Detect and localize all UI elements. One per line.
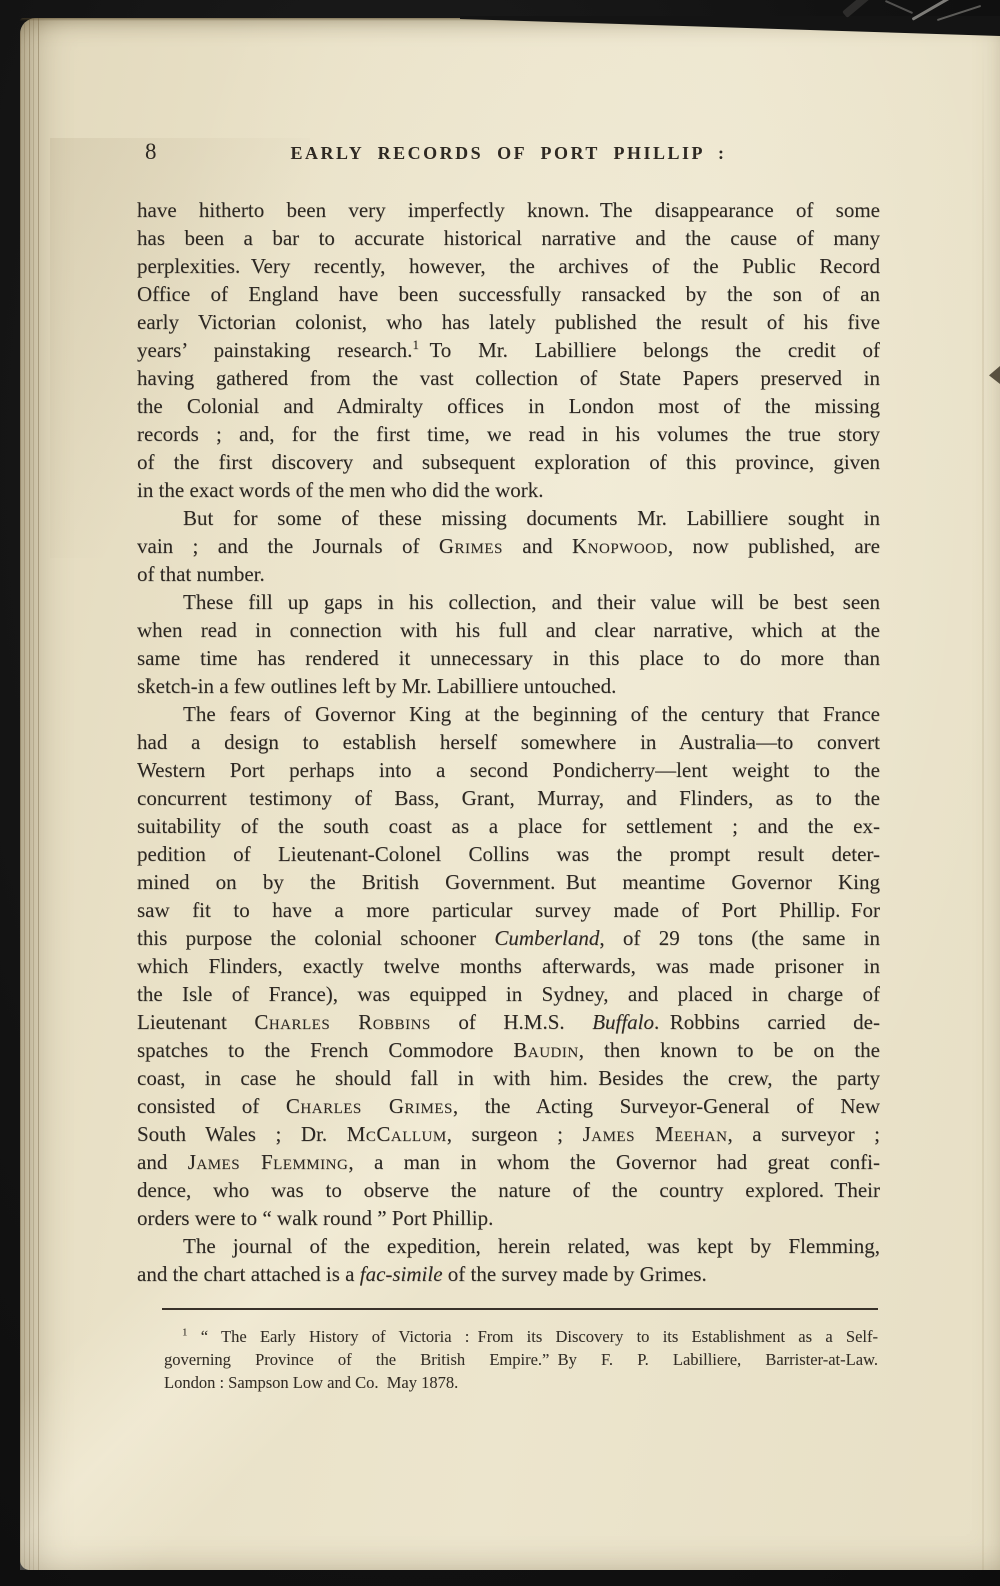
text-line: having gathered from the vast collection… xyxy=(137,364,880,392)
text-line: Western Port perhaps into a second Pondi… xyxy=(137,756,880,784)
text-line: saw fit to have a more particular survey… xyxy=(137,896,880,924)
text-line: had a design to establish herself somewh… xyxy=(137,728,880,756)
text-line: mined on by the British Government. But … xyxy=(137,868,880,896)
ink-speck xyxy=(148,678,151,682)
text-line: Lieutenant Charles Robbins of H.M.S. Buf… xyxy=(137,1008,880,1036)
text-line: concurrent testimony of Bass, Grant, Mur… xyxy=(137,784,880,812)
running-header: EARLY RECORDS OF PORT PHILLIP : xyxy=(137,143,880,164)
paragraph: have hitherto been very imperfectly know… xyxy=(137,196,880,504)
text-line: years’ painstaking research.1 To Mr. Lab… xyxy=(137,336,880,364)
text-line: perplexities. Very recently, however, th… xyxy=(137,252,880,280)
text-line: governing Province of the British Empire… xyxy=(164,1348,878,1371)
text-line: early Victorian colonist, who has lately… xyxy=(137,308,880,336)
text-line: in the exact words of the men who did th… xyxy=(137,476,880,504)
text-line: the Isle of France), was equipped in Syd… xyxy=(137,980,880,1008)
text-line: South Wales ; Dr. McCallum, surgeon ; Ja… xyxy=(137,1120,880,1148)
text-line: the Colonial and Admiralty offices in Lo… xyxy=(137,392,880,420)
text-line: when read in connection with his full an… xyxy=(137,616,880,644)
paragraph: These fill up gaps in his collection, an… xyxy=(137,588,880,700)
text-line: of the first discovery and subsequent ex… xyxy=(137,448,880,476)
paragraph: The fears of Governor King at the beginn… xyxy=(137,700,880,1232)
text-line: sketch-in a few outlines left by Mr. Lab… xyxy=(137,672,880,700)
text-line: and James Flemming, a man in whom the Go… xyxy=(137,1148,880,1176)
text-line: which Flinders, exactly twelve months af… xyxy=(137,952,880,980)
text-line: same time has rendered it unnecessary in… xyxy=(137,644,880,672)
text-line: spatches to the French Commodore Baudin,… xyxy=(137,1036,880,1064)
book-page: 8 EARLY RECORDS OF PORT PHILLIP : have h… xyxy=(20,18,1000,1570)
text-line: coast, in case he should fall in with hi… xyxy=(137,1064,880,1092)
text-line: suitability of the south coast as a plac… xyxy=(137,812,880,840)
text-line: have hitherto been very imperfectly know… xyxy=(137,196,880,224)
text-line: These fill up gaps in his collection, an… xyxy=(137,588,880,616)
next-page-seam xyxy=(982,42,984,1570)
text-line: Office of England have been successfully… xyxy=(137,280,880,308)
text-line: vain ; and the Journals of Grimes and Kn… xyxy=(137,532,880,560)
body-text: have hitherto been very imperfectly know… xyxy=(137,196,880,1288)
text-line: But for some of these missing documents … xyxy=(137,504,880,532)
paragraph: But for some of these missing documents … xyxy=(137,504,880,588)
text-line: The journal of the expedition, herein re… xyxy=(137,1232,880,1260)
page-content: 8 EARLY RECORDS OF PORT PHILLIP : have h… xyxy=(137,18,880,1570)
footnote: 1 “ The Early History of Victoria : From… xyxy=(164,1325,878,1394)
text-line: this purpose the colonial schooner Cumbe… xyxy=(137,924,880,952)
text-line: 1 “ The Early History of Victoria : From… xyxy=(164,1325,878,1348)
text-line: orders were to “ walk round ” Port Phill… xyxy=(137,1204,880,1232)
running-head-row: 8 EARLY RECORDS OF PORT PHILLIP : xyxy=(137,139,880,171)
text-line: pedition of Lieutenant-Colonel Collins w… xyxy=(137,840,880,868)
text-line: and the chart attached is a fac-simile o… xyxy=(137,1260,880,1288)
text-line: of that number. xyxy=(137,560,880,588)
text-line: dence, who was to observe the nature of … xyxy=(137,1176,880,1204)
text-line: The fears of Governor King at the beginn… xyxy=(137,700,880,728)
text-line: has been a bar to accurate historical na… xyxy=(137,224,880,252)
paragraph: The journal of the expedition, herein re… xyxy=(137,1232,880,1288)
text-line: records ; and, for the first time, we re… xyxy=(137,420,880,448)
page-stack-edges xyxy=(20,18,40,1570)
footnote-rule xyxy=(162,1308,878,1310)
text-line: London : Sampson Low and Co. May 1878. xyxy=(164,1371,878,1394)
text-line: consisted of Charles Grimes, the Acting … xyxy=(137,1092,880,1120)
